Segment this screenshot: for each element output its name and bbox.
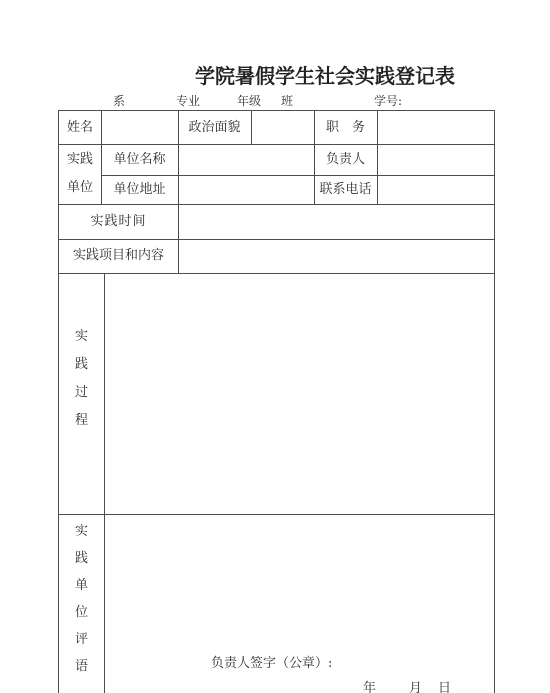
practice-unit-label: 实践 单位: [59, 144, 101, 204]
practice-unit-label-line2: 单位: [67, 174, 93, 202]
practice-process-label: 实 践 过 程: [59, 273, 104, 514]
date-year-label: 年: [363, 677, 376, 693]
unit-comment-char: 实: [75, 525, 88, 538]
practice-process-char: 实: [75, 330, 88, 343]
practice-project-label: 实践项目和内容: [59, 239, 178, 273]
name-label: 姓名: [59, 111, 101, 144]
phone-label: 联系电话: [314, 175, 377, 204]
class-label: 班: [281, 94, 293, 108]
practice-unit-label-line1: 实践: [67, 146, 93, 174]
unit-name-value-cell[interactable]: [178, 144, 314, 175]
practice-time-value-cell[interactable]: [178, 204, 494, 239]
political-status-label: 政治面貌: [178, 111, 251, 144]
unit-name-label: 单位名称: [101, 144, 178, 175]
unit-comment-char: 单: [75, 579, 88, 592]
phone-value-cell[interactable]: [377, 175, 494, 204]
student-id-label: 学号:: [374, 94, 402, 108]
grade-label: 年级: [237, 94, 261, 108]
practice-project-value-cell[interactable]: [178, 239, 494, 273]
unit-address-value-cell[interactable]: [178, 175, 314, 204]
unit-comment-char: 语: [75, 660, 88, 673]
unit-comment-area[interactable]: 负责人签字（公章）: 年 月 日: [104, 514, 494, 693]
practice-process-char: 过: [75, 386, 88, 399]
unit-address-label: 单位地址: [101, 175, 178, 204]
registration-form-page: 学院暑假学生社会实践登记表 系 专业 年级 班 学号: 姓名 政治面貌 职 务 …: [0, 0, 550, 693]
unit-comment-label: 实 践 单 位 评 语: [59, 514, 104, 693]
practice-process-char: 程: [75, 414, 88, 427]
practice-time-label: 实践时间: [59, 204, 178, 239]
page-title: 学院暑假学生社会实践登记表: [195, 64, 455, 88]
head-label: 负责人: [314, 144, 377, 175]
duty-label: 职 务: [314, 111, 377, 144]
practice-process-area[interactable]: [104, 273, 494, 514]
registration-table: 姓名 政治面貌 职 务 实践 单位 单位名称 负责人 单位地址 联系电话 实践时…: [58, 110, 495, 693]
date-month-label: 月: [409, 677, 422, 693]
name-value-cell[interactable]: [101, 111, 178, 144]
duty-value-cell[interactable]: [377, 111, 494, 144]
unit-comment-char: 践: [75, 552, 88, 565]
major-label: 专业: [176, 94, 200, 108]
date-day-label: 日: [438, 677, 451, 693]
political-status-value-cell[interactable]: [251, 111, 314, 144]
head-value-cell[interactable]: [377, 144, 494, 175]
practice-process-char: 践: [75, 358, 88, 371]
signature-label: 负责人签字（公章）:: [211, 652, 332, 671]
unit-comment-char: 位: [75, 606, 88, 619]
department-label: 系: [113, 94, 125, 108]
unit-comment-char: 评: [75, 633, 88, 646]
